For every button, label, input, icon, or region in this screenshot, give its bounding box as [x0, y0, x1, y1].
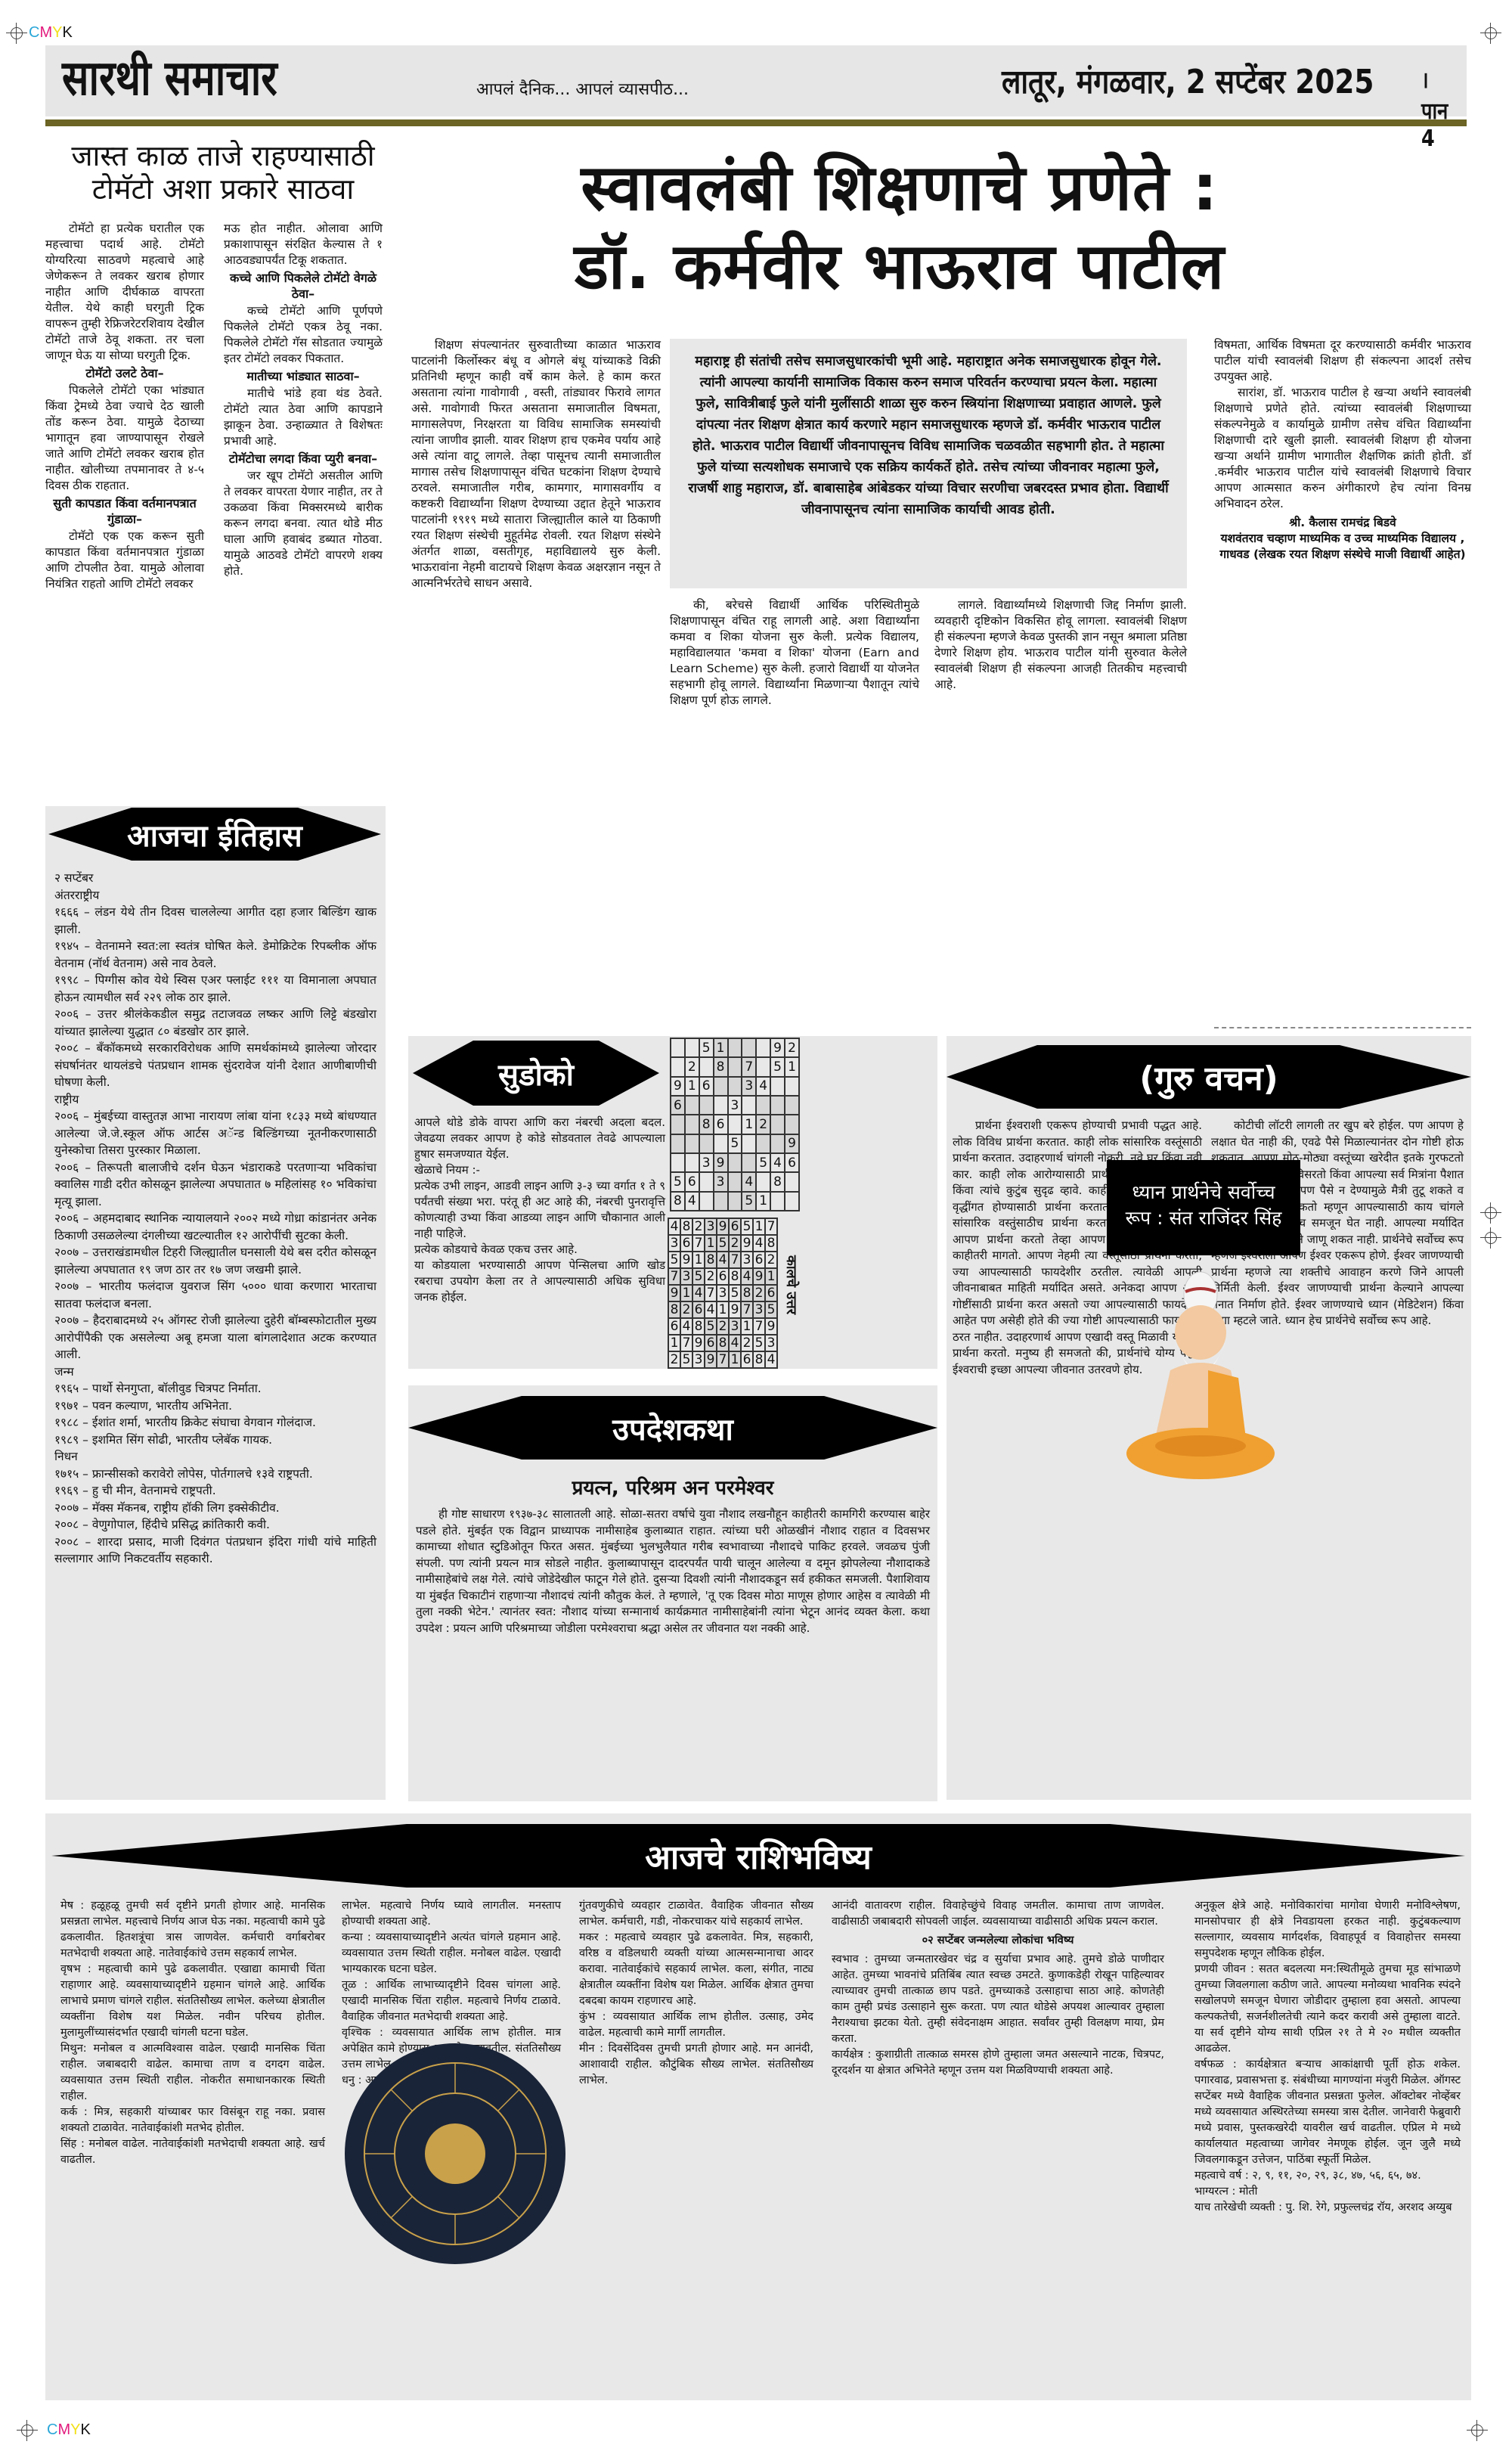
history-item: १९८८ – ईशांत शर्मा, भारतीय क्रिकेट संघाच… [54, 1414, 376, 1432]
rashi-column-1: मेष : हळूहळू तुमची सर्व दृष्टीने प्रगती … [60, 1898, 325, 2168]
sudoku-cell: 8 [770, 1172, 785, 1191]
sudoku-cell: 5 [729, 1285, 741, 1301]
history-item: १९४५ – वेतनामने स्वत:ला स्वतंत्र घोषित क… [54, 938, 376, 972]
sudoku-cell[interactable] [785, 1115, 799, 1134]
sudoku-cell: 6 [714, 1115, 728, 1134]
sudoku-cell: 8 [714, 1057, 728, 1076]
lead-column-b: की, बरेचसे विद्यार्थी आर्थिक परिस्थितीमु… [670, 597, 919, 709]
sudoku-cell: 2 [785, 1038, 799, 1057]
sudoku-cell[interactable] [671, 1057, 685, 1076]
sudoku-cell: 6 [753, 1252, 765, 1268]
sudoku-cell: 2 [685, 1057, 699, 1076]
sudoku-puzzle-grid[interactable]: 519228751916346386125939546563488451 [670, 1038, 800, 1211]
sudoku-cell: 8 [680, 1218, 692, 1235]
rashi-column-5: अनुकूल क्षेत्रे आहे. मनोविकारांचा मागोवा… [1194, 1898, 1461, 2216]
sudoku-cell[interactable] [699, 1096, 714, 1115]
sudoku-cell: 1 [753, 1218, 765, 1235]
sudoku-cell[interactable] [756, 1096, 770, 1115]
sudoku-cell: 5 [728, 1134, 742, 1153]
sudoku-cell[interactable] [742, 1134, 756, 1153]
sudoku-cell[interactable] [685, 1038, 699, 1057]
sudoku-cell: 7 [705, 1285, 717, 1301]
sudoku-cell: 5 [756, 1153, 770, 1172]
masthead: सारथी समाचार आपलं दैनिक... आपलं व्यासपीठ… [45, 45, 1467, 116]
rashi-column-4: आनंदी वातावरण राहील. विवाहेच्छुंचे विवाह… [832, 1898, 1164, 2079]
horoscope-entry: महत्वाचे वर्ष : २, ९, ११, २०, २९, ३८, ४७… [1194, 2168, 1461, 2184]
sudoku-cell: 3 [728, 1096, 742, 1115]
subheading: टोमॅटो उलटे ठेवा– [45, 365, 204, 381]
sudoku-cell: 3 [742, 1077, 756, 1096]
history-item: २००६ – अहमदाबाद स्थानिक न्यायालयाने २००२… [54, 1210, 376, 1244]
sudoku-cell[interactable] [756, 1038, 770, 1057]
history-section-heading: राष्ट्रीय [54, 1091, 376, 1109]
sudoku-cell: 1 [765, 1268, 777, 1285]
rashi-column-3: गुंतवणुकीचे व्यवहार टाळावेत. वैवाहिक जीव… [579, 1898, 813, 2089]
sudoku-answer-label: कालचे उत्तर [782, 1255, 800, 1314]
history-item: १९७१ – पवन कल्याण, भारतीय अभिनेता. [54, 1398, 376, 1415]
paragraph: मातीचे भांडे हवा थंड ठेवते. टोमॅटो त्यात… [224, 386, 383, 449]
sudoku-cell[interactable] [756, 1134, 770, 1153]
sudoku-cell: 7 [680, 1335, 692, 1351]
upadesh-banner: उपदेशकथा [408, 1396, 937, 1460]
sudoku-cell: 7 [668, 1268, 680, 1285]
horoscope-entry: कन्या : व्यवसायाच्यादृष्टीने अत्यंत चांग… [342, 1930, 561, 1978]
history-item: १९९८ – पिग्गीस कोव येथे स्विस एअर फ्लाईट… [54, 972, 376, 1006]
sudoku-cell: 6 [671, 1096, 685, 1115]
history-banner: आजचा ईतिहास [48, 808, 381, 861]
sudoku-cell: 9 [765, 1318, 777, 1335]
guru-vachan-banner: (गुरु वचन) [947, 1045, 1471, 1109]
subheading: सुती कापडात किंवा वर्तमानपत्रात गुंडाळा– [45, 495, 204, 527]
sudoku-banner: सुडोको [413, 1041, 659, 1106]
byline-name: श्री. कैलास रामचंद्र बिडवे [1214, 515, 1471, 531]
sudoku-cell: 1 [785, 1057, 799, 1076]
meditating-sage-illustration-icon [1125, 1264, 1276, 1491]
sudoku-instructions: आपले थोडे डोके वापरा आणि करा नंबरची अदला… [414, 1115, 665, 1305]
sudoku-cell: 4 [729, 1335, 741, 1351]
sudoku-cell: 5 [770, 1057, 785, 1076]
sudoku-cell[interactable] [770, 1096, 785, 1115]
sudoku-cell: 6 [692, 1301, 705, 1318]
horoscope-entry: मिथुन: मनोबल व आत्मविश्वास वाढेल. एखादी … [60, 2041, 325, 2105]
sudoku-cell: 5 [741, 1218, 753, 1235]
horoscope-entry: भाग्यरत्न : मोती [1194, 2184, 1461, 2200]
lead-column-c: लागले. विद्यार्थ्यांमध्ये शिक्षणाची जिद्… [934, 597, 1187, 693]
paragraph: पिकलेले टोमॅटो एका भांड्यात किंवा ट्रेमध… [45, 383, 204, 494]
sudoku-cell: 1 [668, 1335, 680, 1351]
sudoku-cell[interactable] [756, 1172, 770, 1191]
paragraph: मऊ होत नाहीत. ओलावा आणि प्रकाशापासून संर… [224, 221, 383, 268]
sudoku-cell: 6 [699, 1077, 714, 1096]
rashi-panel: आजचे राशिभविष्य मेष : हळूहळू तुमची सर्व … [45, 1813, 1471, 2400]
sudoku-solution-grid: 4823965173671529485918473627352684919147… [668, 1218, 778, 1369]
sudoku-cell: 4 [685, 1192, 699, 1211]
guru-vachan-title-box: ध्यान प्रार्थनेचे सर्वोच्च रूप : संत राज… [1107, 1160, 1300, 1255]
subheading: कच्चे आणि पिकलेले टोमॅटो वेगळे ठेवा– [224, 270, 383, 302]
sudoku-cell: 4 [753, 1235, 765, 1252]
horoscope-entry: कर्क : मित्र, सहकारी यांच्याबर फार विसंब… [60, 2105, 325, 2136]
sudoku-cell: 7 [741, 1301, 753, 1318]
tomato-column-1: टोमॅटो हा प्रत्येक घरातील एक महत्त्वाचा … [45, 221, 204, 592]
history-item: १६६६ – लंडन येथे तीन दिवस चाललेल्या आगीत… [54, 904, 376, 938]
sudoku-cell: 2 [741, 1335, 753, 1351]
sudoku-cell: 3 [741, 1252, 753, 1268]
sudoku-cell: 5 [692, 1268, 705, 1285]
sudoku-cell: 5 [680, 1351, 692, 1368]
sudoku-cell: 6 [729, 1218, 741, 1235]
registration-mark-icon [1467, 2420, 1488, 2441]
sudoku-cell: 6 [705, 1335, 717, 1351]
history-section-heading: जन्म [54, 1363, 376, 1381]
history-item: २००६ – मुंबईच्या वास्तुतज्ञ आभा नारायण ल… [54, 1108, 376, 1159]
horoscope-entry: गुंतवणुकीचे व्यवहार टाळावेत. वैवाहिक जीव… [579, 1898, 813, 1930]
sudoku-cell: 3 [753, 1301, 765, 1318]
sudoku-cell: 2 [717, 1318, 729, 1335]
cmyk-label: CMYK [29, 24, 73, 42]
sudoku-cell[interactable] [770, 1077, 785, 1096]
sudoku-cell[interactable] [699, 1057, 714, 1076]
sudoku-cell: 8 [717, 1335, 729, 1351]
sudoku-cell: 7 [729, 1252, 741, 1268]
sudoku-cell[interactable] [742, 1038, 756, 1057]
sudoku-cell[interactable] [728, 1192, 742, 1211]
sudoku-cell: 3 [668, 1235, 680, 1252]
sudoku-cell: 3 [765, 1335, 777, 1351]
paragraph: टोमॅटो एक एक करून सुती कापडात किंवा वर्त… [45, 529, 204, 592]
sudoku-cell: 3 [705, 1218, 717, 1235]
sudoku-cell[interactable] [728, 1153, 742, 1172]
sudoku-cell: 8 [753, 1351, 765, 1368]
sudoku-cell: 7 [742, 1057, 756, 1076]
sudoku-cell: 9 [729, 1301, 741, 1318]
sudoku-cell: 4 [756, 1077, 770, 1096]
sudoku-cell: 9 [671, 1077, 685, 1096]
sudoku-cell[interactable] [671, 1038, 685, 1057]
upadesh-title: प्रयत्न, परिश्रम अन परमेश्वर [408, 1473, 937, 1500]
sudoku-cell: 9 [785, 1134, 799, 1153]
sudoku-cell: 3 [692, 1351, 705, 1368]
sudoku-cell[interactable] [770, 1192, 785, 1211]
sudoku-cell: 9 [668, 1285, 680, 1301]
sudoku-cell[interactable] [785, 1077, 799, 1096]
sudoku-cell: 4 [705, 1301, 717, 1318]
sudoku-cell: 9 [680, 1252, 692, 1268]
history-item: २००८ – शारदा प्रसाद, माजी दिवंगत पंतप्रध… [54, 1534, 376, 1568]
horoscope-entry: मकर : महत्वाचे व्यवहार पुढे ढकलावेत. मित… [579, 1930, 813, 2009]
sudoku-cell: 5 [717, 1235, 729, 1252]
lead-headline: स्वावलंबी शिक्षणाचे प्रणेते : डॉ. कर्मवी… [408, 148, 1391, 306]
history-item: २००८ – वेणुगोपाल, हिंदीचे प्रसिद्ध क्रां… [54, 1516, 376, 1534]
horoscope-entry: स्वभाव : तुमच्या जन्मतारखेवर चंद्र व सुर… [832, 1952, 1164, 2047]
paragraph: टोमॅटो हा प्रत्येक घरातील एक महत्त्वाचा … [45, 221, 204, 364]
sudoku-cell[interactable] [756, 1057, 770, 1076]
sudoku-cell: 3 [729, 1318, 741, 1335]
sudoku-cell[interactable] [671, 1115, 685, 1134]
history-item: २००७ – उत्तराखंडामधील टिहरी जिल्ह्यातील … [54, 1244, 376, 1278]
divider [1214, 1027, 1471, 1028]
sudoku-cell: 8 [699, 1115, 714, 1134]
sudoku-cell[interactable] [685, 1153, 699, 1172]
registration-mark-icon [1480, 1227, 1501, 1249]
paragraph: जर खूप टोमॅटो असतील आणि ते लवकर वापरता य… [224, 468, 383, 579]
sudoku-cell: 6 [668, 1318, 680, 1335]
sudoku-cell: 7 [765, 1218, 777, 1235]
sudoku-cell: 5 [668, 1252, 680, 1268]
sudoku-cell: 9 [717, 1218, 729, 1235]
history-item: २००६ – उत्तर श्रीलंकेकडील समुद्र तटाजवळ … [54, 1006, 376, 1040]
sudoku-cell: 4 [742, 1172, 756, 1191]
sudoku-cell[interactable] [728, 1077, 742, 1096]
lead-intro-box: महाराष्ट्र ही संतांची तसेच समाजसुधारकांच… [670, 339, 1187, 588]
tomato-column-2: मऊ होत नाहीत. ओलावा आणि प्रकाशापासून संर… [224, 221, 383, 579]
history-item: १७१५ – फ्रान्सीसको करावेरो लोपेस, पोर्तग… [54, 1466, 376, 1483]
history-item: १९८९ – इशमित सिंग सोढी, भारतीय प्लेबॅक ग… [54, 1432, 376, 1449]
registration-mark-icon [1480, 1202, 1501, 1224]
newspaper-title: सारथी समाचार [62, 48, 277, 109]
horoscope-entry: वर्षफळ : कार्यक्षेत्रात बऱ्याच आकांक्षाच… [1194, 2057, 1461, 2168]
sudoku-cell: 2 [680, 1301, 692, 1318]
page-number: । पान 4 [1421, 64, 1460, 152]
sudoku-cell: 2 [753, 1285, 765, 1301]
sudoku-cell: 2 [765, 1252, 777, 1268]
sudoku-cell[interactable] [685, 1096, 699, 1115]
sudoku-cell[interactable] [699, 1192, 714, 1211]
sudoku-cell[interactable] [785, 1096, 799, 1115]
sudoku-cell[interactable] [742, 1096, 756, 1115]
sudoku-cell[interactable] [685, 1115, 699, 1134]
sudoku-cell: 9 [714, 1153, 728, 1172]
byline-school: यशवंतराव चव्हाण माध्यमिक व उच्च माध्यमिक… [1214, 531, 1471, 563]
newspaper-tagline: आपलं दैनिक... आपलं व्यासपीठ... [476, 77, 689, 100]
sudoku-cell[interactable] [728, 1057, 742, 1076]
horoscope-entry: अनुकूल क्षेत्रे आहे. मनोविकारांचा मागोवा… [1194, 1898, 1461, 1962]
lead-column-d: विषमता, आर्थिक विषमता दूर करण्यासाठी कर्… [1214, 337, 1471, 563]
horoscope-entry: प्रणयी जीवन : सतत बदलत्या मन:स्थितीमूळे … [1194, 1962, 1461, 2057]
sudoku-cell[interactable] [714, 1096, 728, 1115]
horoscope-entry: सिंह : मनोबल वाढेल. नातेवाईकांशी मतभेदाच… [60, 2136, 325, 2168]
sudoku-cell: 1 [685, 1077, 699, 1096]
lead-column-a: शिक्षण संपल्यानंतर सुरुवातीच्या काळात भा… [411, 337, 661, 591]
sudoku-cell: 1 [705, 1235, 717, 1252]
sudoku-cell: 2 [705, 1268, 717, 1285]
sudoku-cell: 6 [785, 1153, 799, 1172]
sudoku-cell: 4 [680, 1318, 692, 1335]
sudoku-cell: 4 [741, 1268, 753, 1285]
sudoku-panel: सुडोको आपले थोडे डोके वापरा आणि करा नंबर… [408, 1036, 937, 1369]
sudoku-cell[interactable] [699, 1134, 714, 1153]
history-item: २००७ – मॅक्स मॅकनब, राष्ट्रीय हॉकी लिग इ… [54, 1500, 376, 1517]
upadesh-panel: उपदेशकथा प्रयत्न, परिश्रम अन परमेश्वर ही… [408, 1385, 937, 1801]
history-item: १९६९ – हु ची मीन, वेतनामचे राष्ट्रपती. [54, 1482, 376, 1500]
upadesh-body: ही गोष्ट साधारण १९३७-३८ सालातली आहे. सोळ… [416, 1506, 930, 1636]
history-date: २ सप्टेंबर [54, 870, 376, 887]
sudoku-cell: 8 [765, 1235, 777, 1252]
sudoku-cell: 8 [671, 1192, 685, 1211]
sudoku-cell: 4 [692, 1285, 705, 1301]
sudoku-cell: 5 [699, 1038, 714, 1057]
sudoku-cell[interactable] [728, 1172, 742, 1191]
sudoku-cell: 6 [741, 1351, 753, 1368]
sudoku-cell: 5 [753, 1335, 765, 1351]
horoscope-entry: तूळ : आर्थिक लाभाच्यादृष्टीने दिवस चांगल… [342, 1978, 561, 2025]
sudoku-cell: 8 [705, 1252, 717, 1268]
sudoku-cell: 1 [742, 1115, 756, 1134]
sudoku-cell: 8 [668, 1301, 680, 1318]
sudoku-cell: 4 [765, 1351, 777, 1368]
horoscope-entry: याच तारेखेची व्यक्ती : पु. शि. रेगे, प्र… [1194, 2200, 1461, 2216]
sudoku-cell: 9 [770, 1038, 785, 1057]
sudoku-cell[interactable] [714, 1077, 728, 1096]
dateline: लातूर, मंगळवार, 2 सप्टेंबर 2025 [1002, 57, 1374, 103]
horoscope-entry: मेष : हळूहळू तुमची सर्व दृष्टीने प्रगती … [60, 1898, 325, 1962]
sudoku-cell: 1 [714, 1038, 728, 1057]
sudoku-cell: 2 [692, 1218, 705, 1235]
masthead-rule [45, 119, 1467, 126]
horoscope-entry: कुंभ : व्यवसायात आर्थिक लाभ होतील. उत्सा… [579, 2009, 813, 2041]
sudoku-cell[interactable] [671, 1134, 685, 1153]
sudoku-cell: 6 [717, 1268, 729, 1285]
sudoku-cell[interactable] [714, 1192, 728, 1211]
sudoku-cell: 7 [692, 1235, 705, 1252]
subheading: टोमॅटोचा लगदा किंवा प्युरी बनवा– [224, 451, 383, 467]
history-item: १९६५ – पार्थो सेनगुप्ता, बॉलीवुड चित्रपट… [54, 1380, 376, 1398]
sudoku-cell: 5 [671, 1172, 685, 1191]
sudoku-cell: 6 [685, 1172, 699, 1191]
sudoku-cell: 3 [717, 1285, 729, 1301]
sudoku-cell: 3 [699, 1153, 714, 1172]
sudoku-cell[interactable] [728, 1038, 742, 1057]
sudoku-cell: 9 [692, 1335, 705, 1351]
sudoku-cell: 1 [680, 1285, 692, 1301]
rashi-banner: आजचे राशिभविष्य [51, 1824, 1465, 1888]
birthday-heading: ०२ सप्टेंबर जन्मलेल्या लोकांचा भविष्य [832, 1933, 1164, 1949]
history-item: २००६ – तिरूपती बालाजीचे दर्शन घेऊन भंडार… [54, 1159, 376, 1211]
sudoku-cell[interactable] [685, 1134, 699, 1153]
sudoku-cell: 8 [729, 1268, 741, 1285]
sudoku-cell: 1 [741, 1318, 753, 1335]
subheading: मातीच्या भांड्यात साठवा– [224, 368, 383, 384]
history-section-heading: निधन [54, 1448, 376, 1466]
sudoku-cell: 6 [680, 1235, 692, 1252]
sudoku-cell: 7 [717, 1351, 729, 1368]
tomato-headline: जास्त काळ ताजे राहण्यासाठी टोमॅटो अशा प्… [45, 139, 401, 206]
sudoku-cell: 9 [741, 1235, 753, 1252]
sudoku-cell[interactable] [742, 1153, 756, 1172]
sudoku-cell[interactable] [714, 1134, 728, 1153]
sudoku-cell: 4 [717, 1252, 729, 1268]
sudoku-cell: 5 [705, 1318, 717, 1335]
guru-vachan-panel: (गुरु वचन) प्रार्थना ईश्वराशी एकरूप होण्… [947, 1036, 1471, 1800]
horoscope-entry: लाभेल. महत्वाचे निर्णय घ्यावे लागतील. मन… [342, 1898, 561, 1930]
horoscope-entry: वृषभ : महत्वाची कामे पुढे ढकलावीत. एखाद्… [60, 1962, 325, 2041]
sudoku-cell[interactable] [785, 1192, 799, 1211]
sudoku-cell[interactable] [785, 1172, 799, 1191]
history-item: २००७ – हैदराबादमध्ये २५ ऑगस्ट रोजी झालेल… [54, 1312, 376, 1363]
sudoku-cell: 1 [692, 1252, 705, 1268]
horoscope-entry: कार्यक्षेत्र : कुशाग्रीती तात्काळ समरस ह… [832, 2047, 1164, 2079]
cmyk-label: CMYK [47, 2421, 91, 2439]
zodiac-wheel-icon [342, 2040, 569, 2267]
history-section-heading: अंतरराष्ट्रीय [54, 887, 376, 904]
history-item: २००७ – भारतीय फलंदाज युवराज सिंग ५००० धा… [54, 1278, 376, 1312]
sudoku-cell[interactable] [770, 1134, 785, 1153]
paragraph: कच्चे टोमॅटो आणि पूर्णपणे पिकलेले टोमॅटो… [224, 303, 383, 367]
sudoku-cell: 1 [729, 1351, 741, 1368]
sudoku-cell: 1 [717, 1301, 729, 1318]
sudoku-cell[interactable] [728, 1115, 742, 1134]
sudoku-cell: 3 [680, 1268, 692, 1285]
sudoku-cell: 4 [770, 1153, 785, 1172]
sudoku-cell[interactable] [671, 1153, 685, 1172]
registration-mark-icon [6, 23, 27, 44]
sudoku-cell: 7 [753, 1318, 765, 1335]
history-item: २००८ – बँकॉकमध्ये सरकारविरोधक आणि समर्थक… [54, 1040, 376, 1091]
history-panel: आजचा ईतिहास २ सप्टेंबरअंतरराष्ट्रीय१६६६ … [45, 806, 386, 1800]
sudoku-cell[interactable] [699, 1172, 714, 1191]
sudoku-cell: 2 [729, 1235, 741, 1252]
sudoku-cell: 5 [742, 1192, 756, 1211]
sudoku-cell: 8 [741, 1285, 753, 1301]
sudoku-cell: 6 [765, 1285, 777, 1301]
sudoku-cell[interactable] [770, 1115, 785, 1134]
registration-mark-icon [1480, 23, 1501, 44]
registration-mark-icon [17, 2420, 38, 2441]
sudoku-cell: 1 [756, 1192, 770, 1211]
sudoku-cell: 4 [668, 1218, 680, 1235]
sudoku-cell: 9 [705, 1351, 717, 1368]
sudoku-cell: 5 [765, 1301, 777, 1318]
sudoku-cell: 8 [692, 1318, 705, 1335]
horoscope-entry: मीन : दिवसेंदिवस तुमची प्रगती होणार आहे.… [579, 2041, 813, 2089]
history-list: २ सप्टेंबरअंतरराष्ट्रीय१६६६ – लंडन येथे … [54, 870, 376, 1568]
sudoku-cell: 9 [753, 1268, 765, 1285]
sudoku-cell: 2 [668, 1351, 680, 1368]
sudoku-cell: 3 [714, 1172, 728, 1191]
sudoku-cell: 2 [756, 1115, 770, 1134]
